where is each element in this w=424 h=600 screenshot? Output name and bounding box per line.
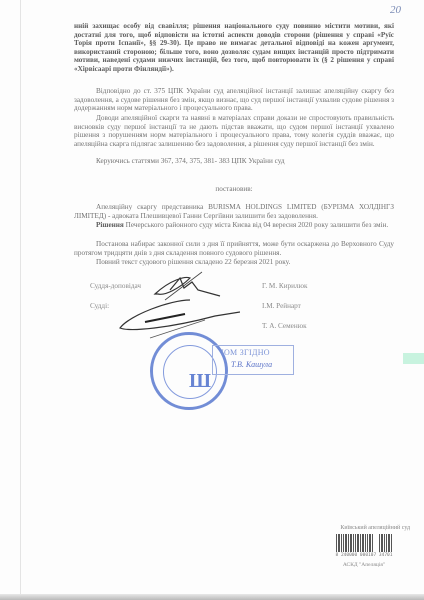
registry-barcode-block: Київський апеляційний суд 8 240000 00010… [318, 525, 410, 568]
paragraph-art-375: Відповідно до ст. 375 ЦПК України суд ап… [74, 87, 394, 113]
judge-name-3: Т. А. Семенюк [262, 322, 307, 330]
judges-label: Судді: [90, 302, 109, 310]
court-name: Київський апеляційний суд [318, 525, 410, 531]
paragraph-decision-upheld: Рішення Печерського районного суду міста… [74, 221, 394, 230]
judge-name-1: Г. М. Кирилюк [262, 282, 307, 290]
judge-name-2: І.М. Рейнарт [262, 302, 301, 310]
trident-emblem-icon: Ш [185, 363, 215, 399]
paragraph-entry-into-force: Постанова набирає законної сили з дня її… [74, 240, 394, 257]
seal-inner-ring: Ш [163, 345, 217, 399]
system-name: АСКД "Апеляція" [318, 562, 410, 568]
copy-certified-stamp: ІОМ ЗГІДНО Т.В. Кашула [212, 345, 294, 375]
paragraph-full-text-date: Повний текст судового рішення складено 2… [74, 258, 394, 267]
scan-bottom-edge [0, 594, 424, 600]
paragraph-appeal-arguments: Доводи апеляційної скарги та наявні в ма… [74, 114, 394, 148]
heading-ruled: постановив: [74, 185, 394, 194]
paragraph-guided-by: Керуючись статтями 367, 374, 375, 381- 3… [74, 157, 394, 166]
page-number: 20 [390, 4, 401, 16]
barcode-number: 8 240000 000107 34701 [318, 553, 410, 558]
paragraph-echr-reasoning: нній захищає особу від свавілля; рішення… [74, 22, 394, 74]
paragraph-appeal-dismissed: Апеляційну скаргу представника BURISMA H… [74, 203, 394, 220]
barcode-icon [318, 534, 410, 552]
document-page: 20 нній захищає особу від свавілля; ріше… [0, 0, 424, 600]
highlight-marker [403, 353, 424, 364]
page-edge-line [20, 0, 21, 596]
